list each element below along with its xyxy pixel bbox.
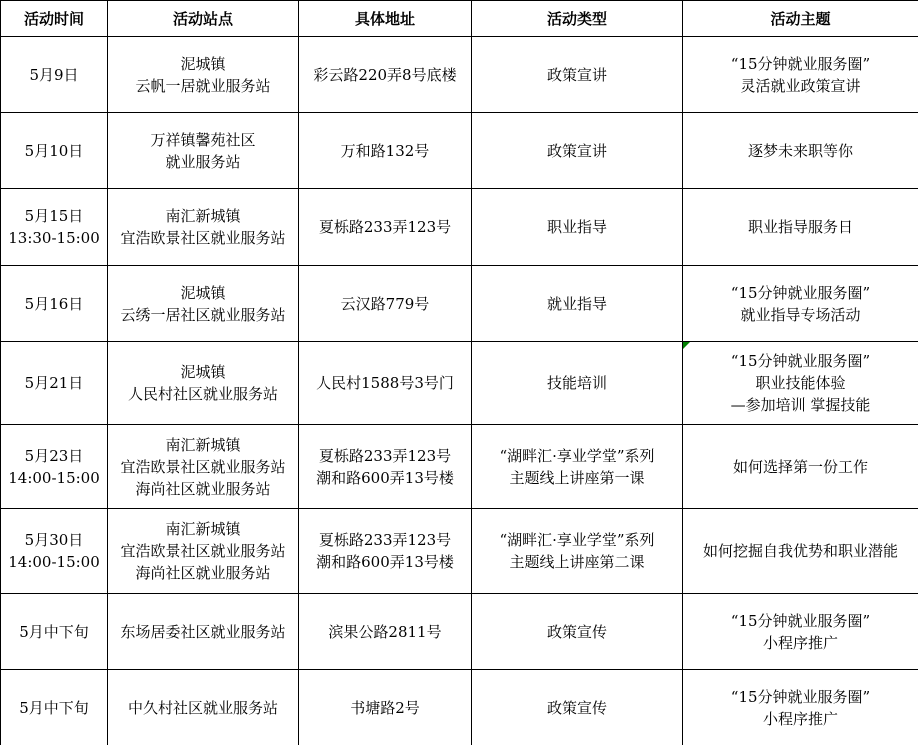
cell-site: 南汇新城镇 宜浩欧景社区就业服务站 海尚社区就业服务站 (108, 425, 299, 509)
table-row: 5月中下旬 东场居委社区就业服务站 滨果公路2811号 政策宣传 “15分钟就业… (1, 594, 918, 670)
table-row: 5月中下旬 中久村社区就业服务站 书塘路2号 政策宣传 “15分钟就业服务圈” … (1, 670, 918, 745)
cell-theme: “15分钟就业服务圈” 就业指导专场活动 (683, 266, 918, 342)
cell-time: 5月10日 (1, 113, 108, 189)
cell-theme-text: “15分钟就业服务圈” 职业技能体验 —参加培训 掌握技能 (731, 352, 871, 414)
table-row: 5月16日 泥城镇 云绣一居社区就业服务站 云汉路779号 就业指导 “15分钟… (1, 266, 918, 342)
cell-time: 5月9日 (1, 37, 108, 113)
cell-type: 就业指导 (472, 266, 683, 342)
cell-theme: “15分钟就业服务圈” 职业技能体验 —参加培训 掌握技能 (683, 342, 918, 425)
activity-schedule-page: 活动时间 活动站点 具体地址 活动类型 活动主题 5月9日 泥城镇 云帆一居就业… (0, 0, 918, 745)
table-row: 5月15日 13:30-15:00 南汇新城镇 宜浩欧景社区就业服务站 夏栎路2… (1, 189, 918, 266)
cell-address: 云汉路779号 (299, 266, 472, 342)
cell-time: 5月中下旬 (1, 594, 108, 670)
cell-type: 政策宣传 (472, 594, 683, 670)
cell-site: 泥城镇 云绣一居社区就业服务站 (108, 266, 299, 342)
cell-site: 泥城镇 云帆一居就业服务站 (108, 37, 299, 113)
cell-site: 万祥镇馨苑社区 就业服务站 (108, 113, 299, 189)
cell-site: 东场居委社区就业服务站 (108, 594, 299, 670)
cell-theme: “15分钟就业服务圈” 小程序推广 (683, 594, 918, 670)
cell-address: 书塘路2号 (299, 670, 472, 745)
cell-theme: 职业指导服务日 (683, 189, 918, 266)
header-cell-address: 具体地址 (299, 1, 472, 37)
cell-theme: 逐梦未来职等你 (683, 113, 918, 189)
cell-address: 夏栎路233弄123号 潮和路600弄13号楼 (299, 425, 472, 509)
cell-address: 万和路132号 (299, 113, 472, 189)
cell-type: “湖畔汇·享业学堂”系列 主题线上讲座第二课 (472, 509, 683, 594)
cell-type: 职业指导 (472, 189, 683, 266)
table-row: 5月30日 14:00-15:00 南汇新城镇 宜浩欧景社区就业服务站 海尚社区… (1, 509, 918, 594)
cell-theme: “15分钟就业服务圈” 灵活就业政策宣讲 (683, 37, 918, 113)
cell-type: 政策宣讲 (472, 37, 683, 113)
table-row: 5月23日 14:00-15:00 南汇新城镇 宜浩欧景社区就业服务站 海尚社区… (1, 425, 918, 509)
table-row: 5月21日 泥城镇 人民村社区就业服务站 人民村1588号3号门 技能培训 “1… (1, 342, 918, 425)
cell-type: 政策宣传 (472, 670, 683, 745)
table-row: 5月10日 万祥镇馨苑社区 就业服务站 万和路132号 政策宣讲 逐梦未来职等你 (1, 113, 918, 189)
cell-site: 中久村社区就业服务站 (108, 670, 299, 745)
cell-address: 彩云路220弄8号底楼 (299, 37, 472, 113)
cell-site: 泥城镇 人民村社区就业服务站 (108, 342, 299, 425)
header-row: 活动时间 活动站点 具体地址 活动类型 活动主题 (1, 1, 918, 37)
cell-theme: 如何挖掘自我优势和职业潜能 (683, 509, 918, 594)
cell-site: 南汇新城镇 宜浩欧景社区就业服务站 海尚社区就业服务站 (108, 509, 299, 594)
cell-address: 滨果公路2811号 (299, 594, 472, 670)
cell-address: 人民村1588号3号门 (299, 342, 472, 425)
cell-site: 南汇新城镇 宜浩欧景社区就业服务站 (108, 189, 299, 266)
cell-type: “湖畔汇·享业学堂”系列 主题线上讲座第一课 (472, 425, 683, 509)
cell-address: 夏栎路233弄123号 潮和路600弄13号楼 (299, 509, 472, 594)
cell-time: 5月21日 (1, 342, 108, 425)
cell-theme: “15分钟就业服务圈” 小程序推广 (683, 670, 918, 745)
cell-time: 5月23日 14:00-15:00 (1, 425, 108, 509)
cell-time: 5月中下旬 (1, 670, 108, 745)
cell-type: 政策宣讲 (472, 113, 683, 189)
cell-time: 5月16日 (1, 266, 108, 342)
table-row: 5月9日 泥城镇 云帆一居就业服务站 彩云路220弄8号底楼 政策宣讲 “15分… (1, 37, 918, 113)
cell-theme: 如何选择第一份工作 (683, 425, 918, 509)
header-cell-activity-site: 活动站点 (108, 1, 299, 37)
header-cell-activity-time: 活动时间 (1, 1, 108, 37)
cell-address: 夏栎路233弄123号 (299, 189, 472, 266)
activity-schedule-table: 活动时间 活动站点 具体地址 活动类型 活动主题 5月9日 泥城镇 云帆一居就业… (0, 0, 918, 745)
header-cell-activity-type: 活动类型 (472, 1, 683, 37)
cell-time: 5月15日 13:30-15:00 (1, 189, 108, 266)
cell-type: 技能培训 (472, 342, 683, 425)
header-cell-activity-theme: 活动主题 (683, 1, 918, 37)
cell-time: 5月30日 14:00-15:00 (1, 509, 108, 594)
green-corner-marker-icon (683, 342, 690, 349)
